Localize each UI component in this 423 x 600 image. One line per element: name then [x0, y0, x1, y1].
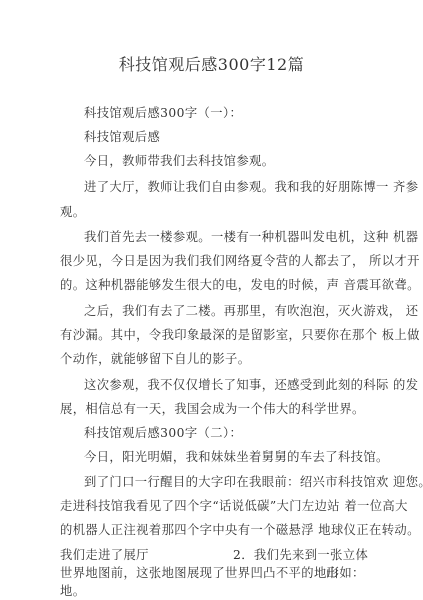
text-line: 个动作，就能够留下自儿的影子。 [60, 349, 250, 367]
text-line: 地。 [60, 581, 85, 599]
text-line: 科技馆观后感 [84, 127, 160, 145]
text-line: 进了大厅，教师让我们自由参观。我和我的好朋陈博一 齐参 [84, 177, 418, 195]
text-line: 今日，教师带我们去科技馆参观。 [84, 151, 274, 169]
text-line: 展，相信总有一天，我国会成为一个伟大的科学世界。 [60, 399, 365, 417]
text-line: 今日，阳光明媚，我和妹妹坐着舅舅的车去了科技馆。 [84, 447, 389, 465]
text-line: 很少见，今日是因为我们我们网络夏令营的人都去了， 所以才开 [60, 251, 420, 269]
text-line: 的机器人正注视着那四个字中央有一个磁悬浮 地球仪正在转动。 [60, 520, 420, 538]
text-line: 观。 [60, 202, 85, 220]
text-line: 2．我们先来到一张立体 [233, 545, 368, 563]
text-line: 科技馆观后感300字（一）： [84, 103, 242, 121]
text-line: 我们走进了展厅 [60, 545, 149, 563]
text-line: 走进科技馆我看见了四个字“话说低碳”大门左边站 着一位高大 [60, 496, 408, 514]
text-line: 有沙漏。其中，令我印象最深的是留影室，只要你在那个 板上做 [60, 325, 420, 343]
text-line: 到了门口一行醒目的大字印在我眼前：绍兴市科技馆欢 迎您。 [84, 472, 423, 490]
text-line: 的。这种机器能够发生很大的电，发电的时候，声 音震耳欲聋。 [60, 275, 420, 293]
text-line: 我们首先去一楼参观。一楼有一种机器叫发电机，这种 机器 [84, 227, 418, 245]
text-line: 山 [326, 563, 339, 581]
text-line: 世界地图前，这张地图展现了世界凹凸不平的地形如： [60, 563, 365, 581]
text-line: 这次参观，我不仅仅增长了知事，还感受到此刻的科际 的发 [84, 375, 418, 393]
text-line: 之后，我们有去了二楼。再那里，有吹泡泡，灭火游戏， 还 [84, 301, 418, 319]
text-line: 科技馆观后感300字（二）： [84, 423, 242, 441]
page-title: 科技馆观后感300字12篇 [0, 52, 423, 75]
